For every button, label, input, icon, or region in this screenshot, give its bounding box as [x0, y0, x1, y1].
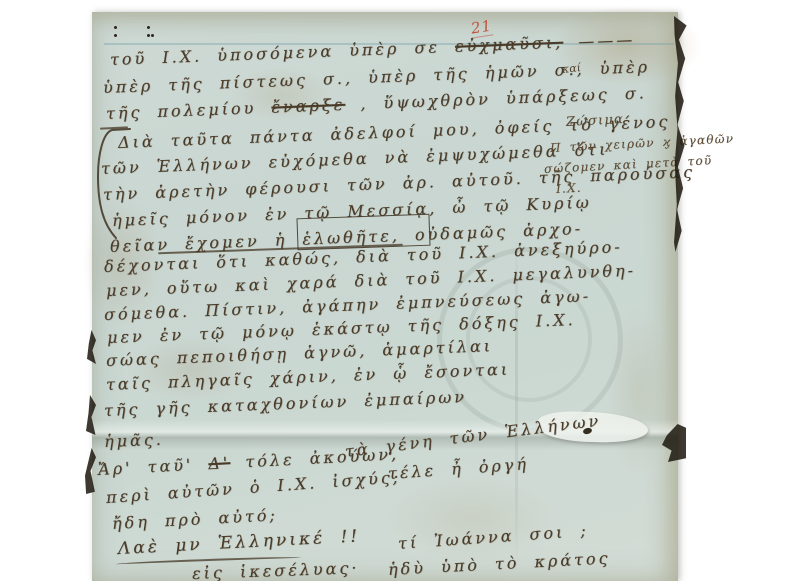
line-text: τοῦ Ι.Χ. ὑποσόμενα ὑπὲρ σε [110, 37, 456, 69]
torn-edge-left [85, 448, 96, 494]
line-text: τί Ἰωάννα σοι ; [397, 521, 589, 553]
ink-dots [147, 26, 150, 29]
manuscript-line: ἡδὺ ὑπὸ τὸ κράτος [388, 548, 611, 579]
line-text: τέλε ἦ ὀργή [387, 454, 529, 483]
manuscript-line: ἡμᾶς. [104, 430, 165, 451]
interlinear-addition: καί [561, 61, 581, 76]
line-text: ἡδὺ ὑπὸ τὸ κράτος [388, 548, 611, 579]
margin-note-line: Π τῶν χειρῶν ϗ ἀγαθῶν [550, 131, 735, 155]
scanned-manuscript-screenshot: 21 τοῦ Ι.Χ. ὑποσόμενα ὑπὲρ σε εὐχμαῦσι, … [0, 0, 800, 581]
line-text: ἤδη πρὸ αὐτό; [112, 505, 279, 533]
line-text: τῆς πολεμίου [106, 98, 272, 123]
manuscript-line: εἰς ἱκεσέλυας· [192, 558, 360, 581]
line-text: , ὕψωχθρὸν ὑπάρξεως σ. [345, 83, 647, 114]
line-text: ἡμᾶς. [104, 430, 165, 451]
manuscript-line: τέλε ἦ ὀργή [387, 454, 529, 483]
manuscript-line: Λαὲ μν Ἑλληνικέ !! [117, 526, 360, 559]
line-text: ——— [563, 30, 636, 52]
struck-text: Δ' [208, 453, 231, 473]
struck-text: ἔναρξε [271, 95, 346, 117]
line-text: Ἄρ' ταῦ' [98, 454, 209, 479]
manuscript-line: τί Ἰωάννα σοι ; [397, 521, 589, 553]
margin-note-line: Ι.Χ. [556, 181, 582, 196]
line-text: εἰς ἱκεσέλυας· [192, 558, 360, 581]
line-text: Λαὲ μν Ἑλληνικέ !! [117, 526, 360, 559]
margin-note-heading: Ζώσιμα [566, 112, 625, 130]
paper-sheet: 21 τοῦ Ι.Χ. ὑποσόμενα ὑπὲρ σε εὐχμαῦσι, … [92, 12, 678, 581]
ink-dots [114, 26, 117, 29]
manuscript-line: ἤδη πρὸ αὐτό; [112, 505, 279, 533]
torn-edge-left [87, 330, 96, 364]
struck-text: εὐχμαῦσι, [455, 33, 564, 56]
